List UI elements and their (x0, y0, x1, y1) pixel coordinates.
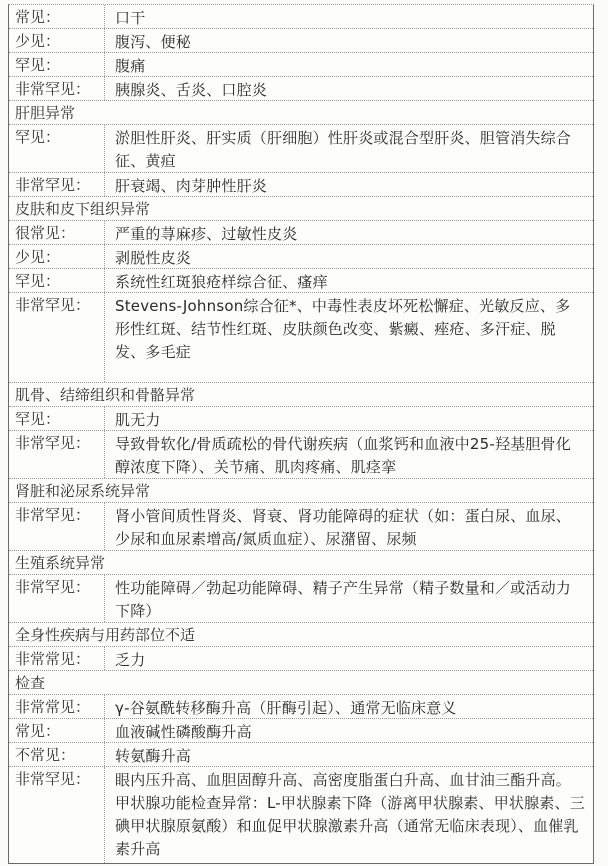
frequency-label: 少见： (9, 29, 105, 52)
frequency-label: 罕见： (9, 407, 105, 430)
effects-text: 眼内压升高、血胆固醇升高、高密度脂蛋白升高、血甘油三酯升高。甲状腺功能检查异常：… (105, 767, 593, 863)
table-row: 非常罕见： 眼内压升高、血胆固醇升高、高密度脂蛋白升高、血甘油三酯升高。甲状腺功… (9, 767, 593, 863)
section-row: 肝胆异常 (9, 101, 593, 125)
frequency-label: 非常常见： (9, 647, 105, 670)
table-row: 罕见： 腹痛 (9, 53, 593, 77)
section-row: 全身性疾病与用药部位不适 (9, 623, 593, 647)
effects-text: 肾小管间质性肾炎、肾衰、肾功能障碍的症状（如：蛋白尿、血尿、少尿和血尿素增高/氮… (105, 503, 593, 550)
table-row: 少见： 剥脱性皮炎 (9, 245, 593, 269)
effects-text: 转氨酶升高 (105, 743, 593, 766)
section-row: 检查 (9, 671, 593, 695)
frequency-label: 非常罕见： (9, 293, 105, 382)
table-row: 非常常见： γ-谷氨酰转移酶升高（肝酶引起）、通常无临床意义 (9, 695, 593, 719)
frequency-label: 常见： (9, 719, 105, 742)
effects-text: Stevens-Johnson综合征*、中毒性表皮坏死松懈症、光敏反应、多形性红… (105, 293, 593, 382)
effects-text: γ-谷氨酰转移酶升高（肝酶引起）、通常无临床意义 (105, 695, 593, 718)
frequency-label: 非常常见： (9, 695, 105, 718)
frequency-label: 罕见： (9, 125, 105, 172)
adverse-reactions-table: 常见： 口干 少见： 腹泻、便秘 罕见： 腹痛 非常罕见： 胰腺炎、舌炎、口腔炎… (8, 4, 594, 864)
effects-text: 乏力 (105, 647, 593, 670)
section-row: 肌骨、结缔组织和骨骼异常 (9, 383, 593, 407)
table-row: 非常罕见： 肾小管间质性肾炎、肾衰、肾功能障碍的症状（如：蛋白尿、血尿、少尿和血… (9, 503, 593, 551)
frequency-label: 非常罕见： (9, 77, 105, 100)
table-row: 非常罕见： 性功能障碍／勃起功能障碍、精子产生异常（精子数量和／或活动力下降） (9, 575, 593, 623)
section-heading: 肝胆异常 (9, 101, 593, 124)
frequency-label: 少见： (9, 245, 105, 268)
frequency-label: 非常罕见： (9, 767, 105, 863)
frequency-label: 不常见： (9, 743, 105, 766)
table-row: 非常罕见： 肝衰竭、肉芽肿性肝炎 (9, 173, 593, 197)
effects-text: 肝衰竭、肉芽肿性肝炎 (105, 173, 593, 196)
table-row: 常见： 血液碱性磷酸酶升高 (9, 719, 593, 743)
table-row: 罕见： 系统性红斑狼疮样综合征、瘙痒 (9, 269, 593, 293)
frequency-label: 很常见： (9, 221, 105, 244)
table-row: 非常罕见： 胰腺炎、舌炎、口腔炎 (9, 77, 593, 101)
table-row: 罕见： 肌无力 (9, 407, 593, 431)
frequency-label: 非常罕见： (9, 431, 105, 478)
table-row: 常见： 口干 (9, 5, 593, 29)
table-row: 非常常见： 乏力 (9, 647, 593, 671)
section-row: 生殖系统异常 (9, 551, 593, 575)
section-heading: 肾脏和泌尿系统异常 (9, 479, 593, 502)
effects-text: 口干 (105, 5, 593, 28)
effects-text: 系统性红斑狼疮样综合征、瘙痒 (105, 269, 593, 292)
frequency-label: 非常罕见： (9, 173, 105, 196)
section-heading: 皮肤和皮下组织异常 (9, 197, 593, 220)
effects-text: 剥脱性皮炎 (105, 245, 593, 268)
table-row: 罕见： 淤胆性肝炎、肝实质（肝细胞）性肝炎或混合型肝炎、胆管消失综合征、黄疸 (9, 125, 593, 173)
section-heading: 检查 (9, 671, 593, 694)
table-row: 非常罕见： 导致骨软化/骨质疏松的骨代谢疾病（血浆钙和血液中25-羟基胆骨化醇浓… (9, 431, 593, 479)
frequency-label: 常见： (9, 5, 105, 28)
table-row: 不常见： 转氨酶升高 (9, 743, 593, 767)
table-row: 很常见： 严重的荨麻疹、过敏性皮炎 (9, 221, 593, 245)
effects-text: 腹痛 (105, 53, 593, 76)
section-row: 肾脏和泌尿系统异常 (9, 479, 593, 503)
effects-text: 腹泻、便秘 (105, 29, 593, 52)
section-heading: 全身性疾病与用药部位不适 (9, 623, 593, 646)
section-row: 皮肤和皮下组织异常 (9, 197, 593, 221)
effects-text: 肌无力 (105, 407, 593, 430)
section-heading: 肌骨、结缔组织和骨骼异常 (9, 383, 593, 406)
effects-text: 严重的荨麻疹、过敏性皮炎 (105, 221, 593, 244)
frequency-label: 罕见： (9, 269, 105, 292)
effects-text: 血液碱性磷酸酶升高 (105, 719, 593, 742)
frequency-label: 非常罕见： (9, 503, 105, 550)
effects-text: 胰腺炎、舌炎、口腔炎 (105, 77, 593, 100)
table-row: 少见： 腹泻、便秘 (9, 29, 593, 53)
effects-text: 导致骨软化/骨质疏松的骨代谢疾病（血浆钙和血液中25-羟基胆骨化醇浓度下降）、关… (105, 431, 593, 478)
frequency-label: 罕见： (9, 53, 105, 76)
table-row: 非常罕见： Stevens-Johnson综合征*、中毒性表皮坏死松懈症、光敏反… (9, 293, 593, 383)
frequency-label: 非常罕见： (9, 575, 105, 622)
effects-text: 淤胆性肝炎、肝实质（肝细胞）性肝炎或混合型肝炎、胆管消失综合征、黄疸 (105, 125, 593, 172)
effects-text: 性功能障碍／勃起功能障碍、精子产生异常（精子数量和／或活动力下降） (105, 575, 593, 622)
section-heading: 生殖系统异常 (9, 551, 593, 574)
